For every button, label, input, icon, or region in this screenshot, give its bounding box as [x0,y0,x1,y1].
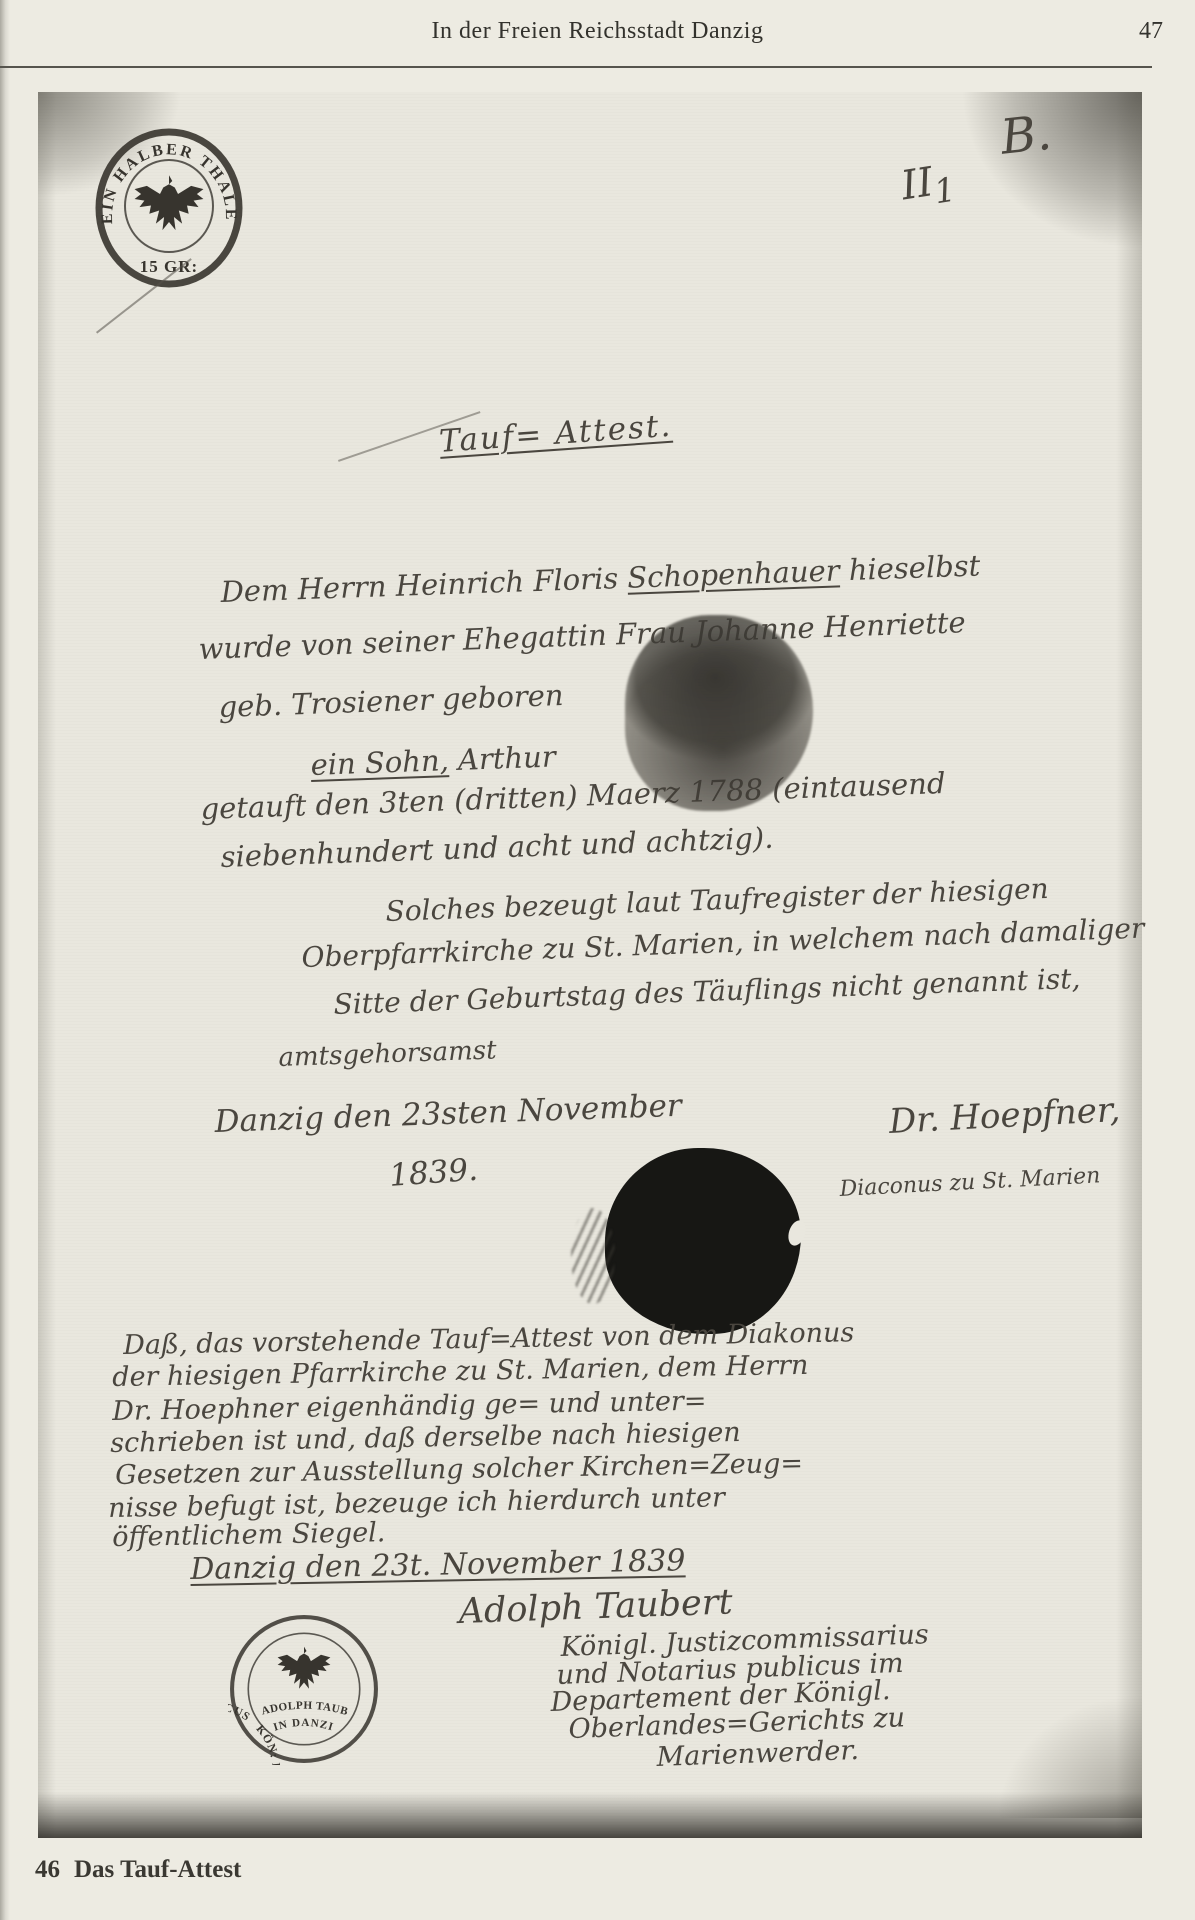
document-photograph: EIN HALBER THALER 15 GR: B. II1 Tauf= At… [38,92,1142,1838]
handwritten-line: geb. Trosiener geboren [218,678,564,724]
caption-page-ref: 46 [35,1856,60,1883]
running-head: In der Freien Reichsstadt Danzig 47 [0,18,1195,54]
scan-shadow-bottom-right [902,1598,1142,1818]
header-rule [0,66,1152,68]
prussian-eagle-icon [135,175,204,230]
handwritten-line: wurde von seiner Ehegattin Frau Johanne … [198,605,966,666]
handwritten-line: Dem Herrn Heinrich Floris Schopenhauer h… [220,548,981,609]
signature-hoepfner: Dr. Hoepfner, [888,1090,1121,1142]
filing-mark-ii1: II1 [898,156,958,217]
running-title: In der Freien Reichsstadt Danzig [0,18,1195,45]
signature-title-line: Marienwerder. [656,1735,859,1773]
page-number: 47 [1139,18,1163,45]
binding-shadow [0,0,10,1920]
caption-title: Das Tauf-Attest [74,1856,241,1883]
handwritten-line: öffentlichem Siegel. [112,1517,386,1553]
handwritten-line: Sitte der Geburtstag des Täuflings nicht… [333,962,1081,1021]
dateline-year: 1839. [388,1152,479,1194]
filing-mark-b: B. [998,105,1054,166]
dateline-place-date: Danzig den 23sten November [214,1088,682,1140]
signature-hoepfner-title: Diaconus zu St. Marien [839,1163,1101,1202]
notary-stamp: KÖN: PR: JUSTIZ COMMISSARIUS U: NOTARIUS… [228,1613,380,1765]
dateline-2: Danzig den 23t. November 1839 [190,1543,686,1587]
document-heading: Tauf= Attest. [438,408,673,460]
chapter-caption: 46Das Tauf-Attest [35,1856,241,1884]
scan-shadow-left [38,92,56,1838]
revenue-stamp: EIN HALBER THALER 15 GR: [93,126,245,290]
handwritten-line: amtsgehorsamst [278,1035,497,1073]
scan-shadow-bottom [38,1792,1142,1838]
handwritten-line: siebenhundert und acht und achtzig). [220,821,774,874]
prussian-eagle-icon [278,1647,331,1689]
book-page: In der Freien Reichsstadt Danzig 47 EIN … [0,0,1195,1920]
scan-shadow-right [1116,92,1142,1838]
handwritten-line: ein Sohn, Arthur [310,739,556,782]
signature-taubert: Adolph Taubert [458,1582,733,1632]
seal-blot [605,1148,801,1334]
